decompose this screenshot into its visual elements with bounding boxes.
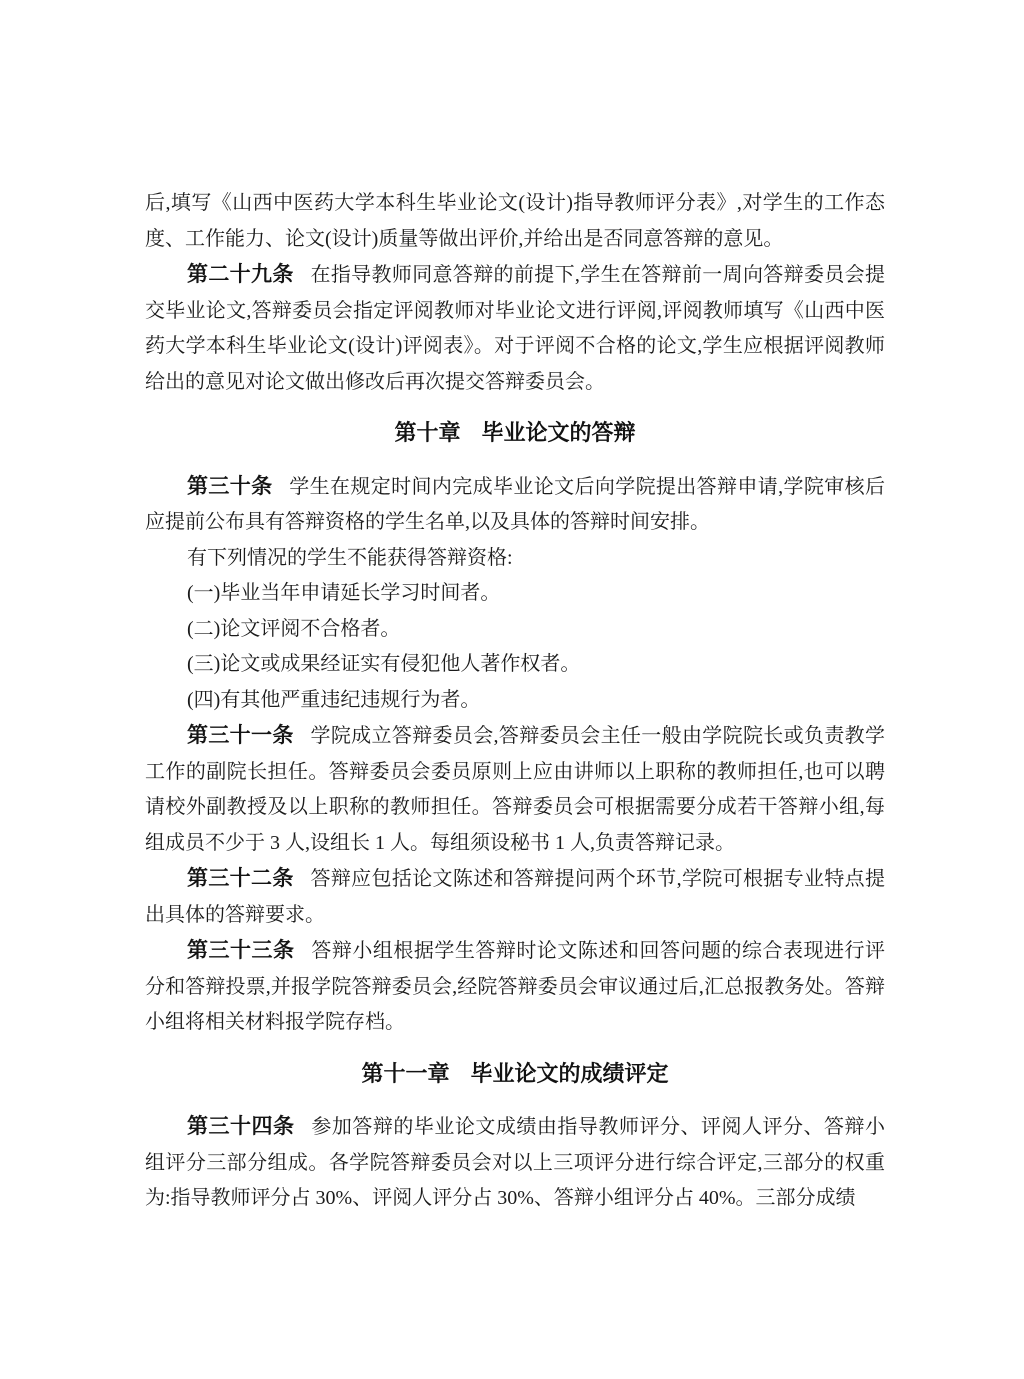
paragraph-continuation: 后,填写《山西中医药大学本科生毕业论文(设计)指导教师评分表》,对学生的工作态度… bbox=[145, 186, 885, 257]
paragraph-text: (三)论文或成果经证实有侵犯他人著作权者。 bbox=[187, 653, 580, 675]
list-item-3: (三)论文或成果经证实有侵犯他人著作权者。 bbox=[145, 647, 885, 683]
article-number: 第三十条 bbox=[187, 475, 272, 498]
paragraph-text: (二)论文评阅不合格者。 bbox=[187, 618, 400, 640]
chapter-10-heading: 第十章毕业论文的答辩 bbox=[145, 415, 885, 451]
article-34-paragraph: 第三十四条参加答辩的毕业论文成绩由指导教师评分、评阅人评分、答辩小组评分三部分组… bbox=[145, 1109, 885, 1217]
list-item-1: (一)毕业当年申请延长学习时间者。 bbox=[145, 576, 885, 612]
article-number: 第二十九条 bbox=[187, 263, 294, 286]
article-32-paragraph: 第三十二条答辩应包括论文陈述和答辩提问两个环节,学院可根据专业特点提出具体的答辩… bbox=[145, 861, 885, 933]
article-number: 第三十一条 bbox=[187, 724, 294, 747]
paragraph-text: 有下列情况的学生不能获得答辩资格: bbox=[187, 547, 513, 569]
article-33-paragraph: 第三十三条答辩小组根据学生答辩时论文陈述和回答问题的综合表现进行评分和答辩投票,… bbox=[145, 933, 885, 1041]
article-30-paragraph: 第三十条学生在规定时间内完成毕业论文后向学院提出答辩申请,学院审核后应提前公布具… bbox=[145, 469, 885, 541]
list-item-2: (二)论文评阅不合格者。 bbox=[145, 612, 885, 648]
list-item-4: (四)有其他严重违纪违规行为者。 bbox=[145, 683, 885, 719]
paragraph-text: (一)毕业当年申请延长学习时间者。 bbox=[187, 582, 500, 604]
qualification-intro-paragraph: 有下列情况的学生不能获得答辩资格: bbox=[145, 541, 885, 577]
chapter-title: 毕业论文的答辩 bbox=[481, 420, 635, 445]
paragraph-text: 后,填写《山西中医药大学本科生毕业论文(设计)指导教师评分表》,对学生的工作态度… bbox=[145, 192, 885, 250]
paragraph-text: (四)有其他严重违纪违规行为者。 bbox=[187, 689, 480, 711]
article-number: 第三十三条 bbox=[187, 939, 295, 962]
article-31-paragraph: 第三十一条学院成立答辩委员会,答辩委员会主任一般由学院院长或负责教学工作的副院长… bbox=[145, 718, 885, 861]
chapter-title: 毕业论文的成绩评定 bbox=[470, 1061, 668, 1086]
article-number: 第三十四条 bbox=[187, 1115, 295, 1138]
article-number: 第三十二条 bbox=[187, 867, 294, 890]
document-page: 后,填写《山西中医药大学本科生毕业论文(设计)指导教师评分表》,对学生的工作态度… bbox=[0, 0, 1024, 1379]
article-29-paragraph: 第二十九条在指导教师同意答辩的前提下,学生在答辩前一周向答辩委员会提交毕业论文,… bbox=[145, 257, 885, 400]
chapter-11-heading: 第十一章毕业论文的成绩评定 bbox=[145, 1056, 885, 1092]
chapter-number: 第十章 bbox=[395, 420, 461, 445]
chapter-number: 第十一章 bbox=[362, 1061, 450, 1086]
